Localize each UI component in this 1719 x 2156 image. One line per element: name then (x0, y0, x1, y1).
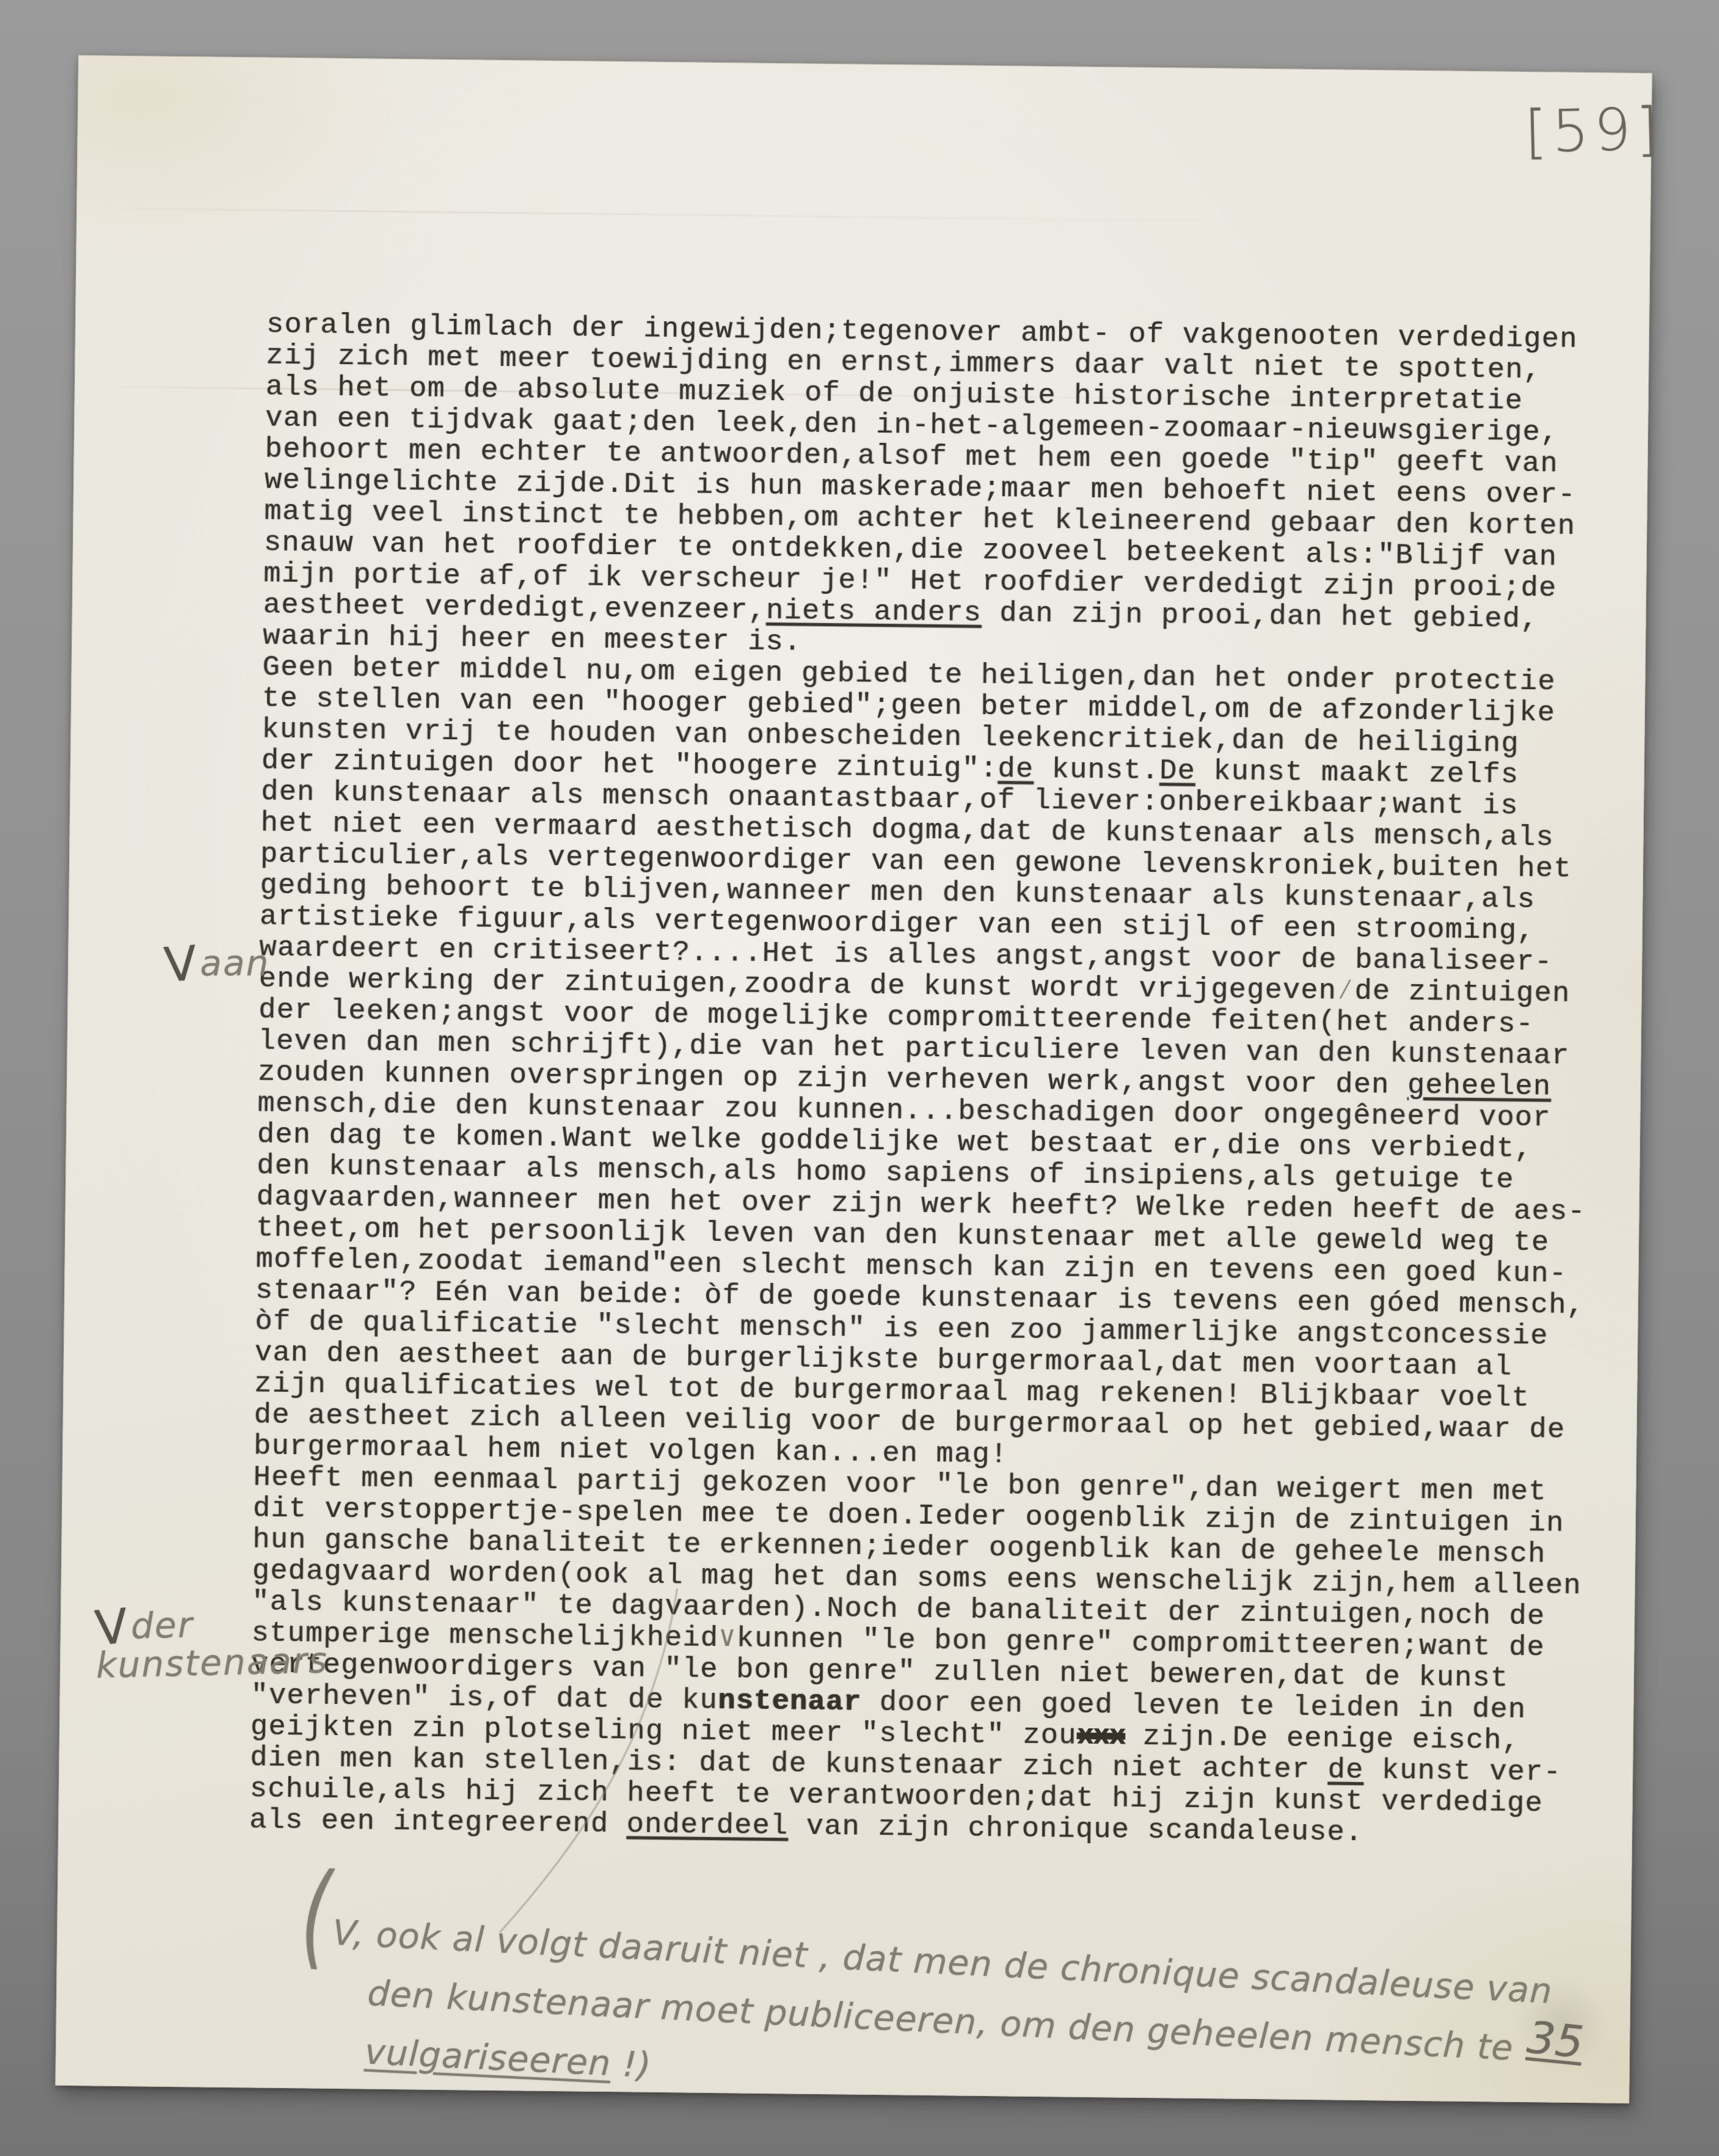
underlined-word: vulgariseeren (364, 2032, 612, 2084)
typed-text: soralen glimlach der ingewijden;tegenove… (249, 310, 1647, 1852)
margin-note-der-kunstenaars: V der kunstenaars (95, 1602, 329, 1684)
open-paren: ( (299, 1870, 333, 1962)
margin-note-aan: V aan (164, 944, 270, 992)
margin-note-text: der (130, 1604, 194, 1646)
margin-note-text: aan (200, 942, 269, 984)
folio-number-pencil: [59] (1524, 95, 1664, 166)
insertion-caret-icon: V (93, 1607, 130, 1648)
bottom-handwritten-note: ( V, ook al volgt daaruit niet , dat men… (326, 1904, 1646, 2143)
margin-note-text: kunstenaars (96, 1641, 329, 1684)
scan-background: [59] soralen glimlach der ingewijden;teg… (0, 0, 1719, 2156)
manuscript-page: [59] soralen glimlach der ingewijden;teg… (55, 55, 1652, 2103)
paper-crease (77, 207, 1650, 227)
page-number-pencil: 35 (1525, 2011, 1585, 2068)
insertion-caret-icon: V (163, 945, 199, 985)
